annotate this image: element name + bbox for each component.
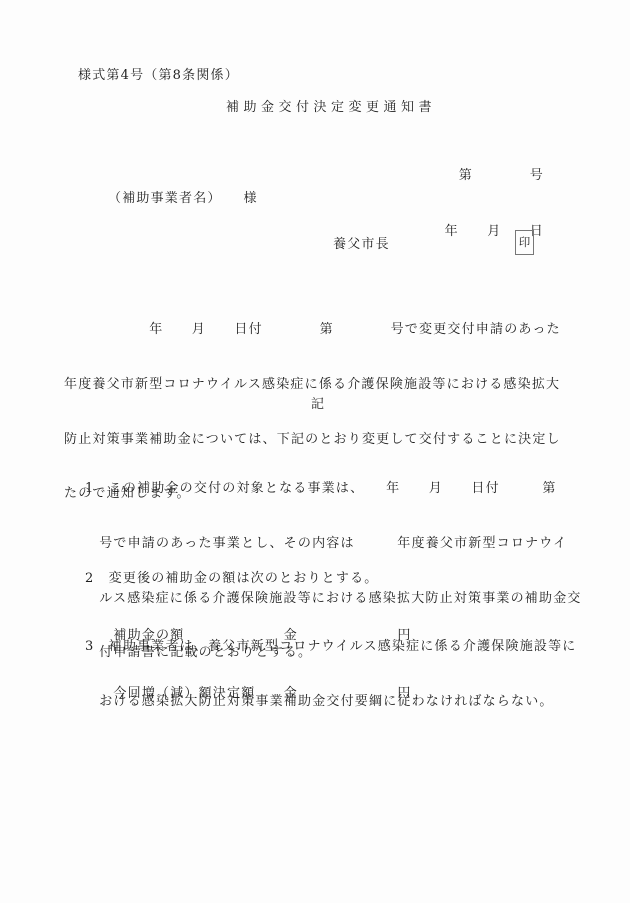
- record-heading: 記: [311, 393, 325, 412]
- seal-character: 印: [519, 235, 531, 249]
- item-3: 3 補助事業者は、養父市新型コロナウイルス感染症に係る介護保険施設等に おける感…: [85, 602, 577, 748]
- document-title: 補助金交付決定変更通知書: [226, 96, 436, 115]
- sender-name: 養父市長: [333, 233, 390, 252]
- body-line-1: 年 月 日付 第 号で変更交付申請のあった: [64, 321, 561, 339]
- item-1-line-1: 1 この補助金の交付の対象となる事業は、 年 月 日付 第: [85, 480, 582, 498]
- document-page: 様式第4号（第8条関係） 補助金交付決定変更通知書 第 号 年 月 日 （補助事…: [0, 0, 630, 903]
- seal-stamp-box: 印: [515, 230, 534, 255]
- item-2-line-1: 2 変更後の補助金の額は次のとおりとする。: [85, 569, 412, 588]
- addressee-line: （補助事業者名） 様: [108, 187, 258, 206]
- item-3-line-2: おける感染拡大防止対策事業補助金交付要綱に従わなければならない。: [85, 693, 577, 711]
- item-3-line-1: 3 補助事業者は、養父市新型コロナウイルス感染症に係る介護保険施設等に: [85, 638, 577, 656]
- body-line-2: 年度養父市新型コロナウイルス感染症に係る介護保険施設等における感染拡大: [64, 376, 561, 394]
- doc-number-line: 第 号: [445, 167, 544, 186]
- header-right-block: 第 号 年 月 日: [445, 130, 544, 278]
- form-number: 様式第4号（第8条関係）: [78, 64, 239, 83]
